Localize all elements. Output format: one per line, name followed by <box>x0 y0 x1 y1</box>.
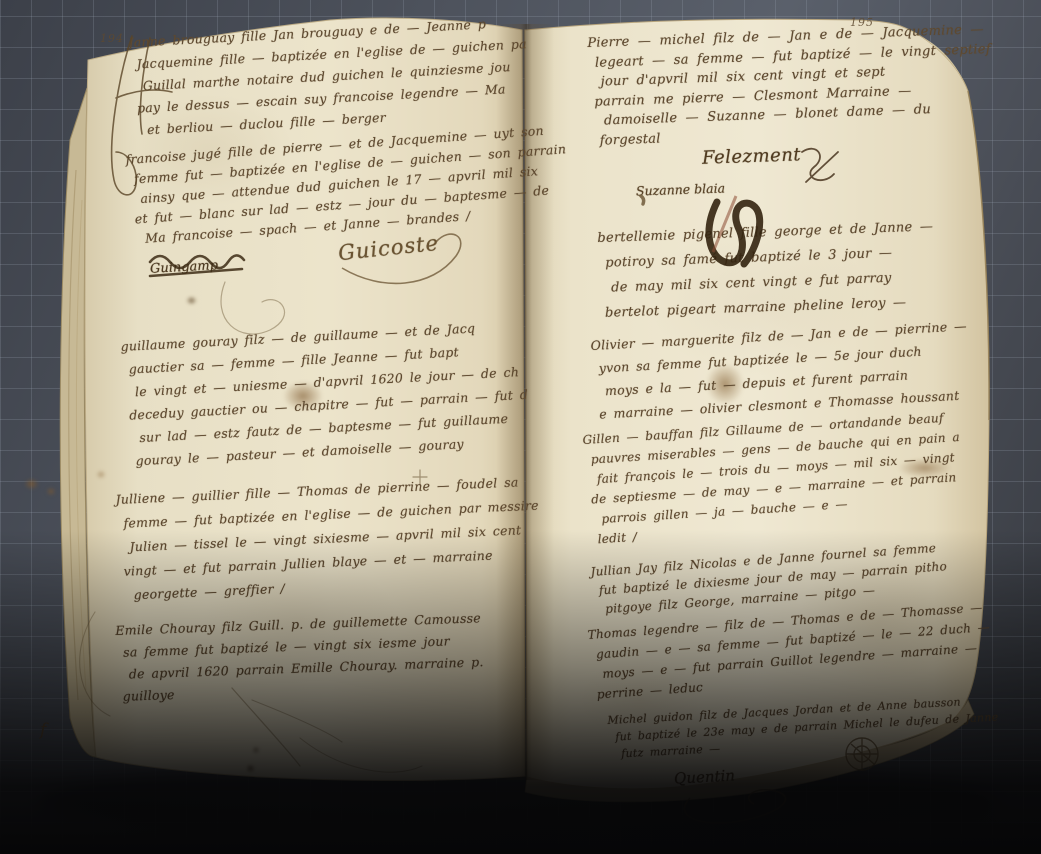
signature-quentin: Quentin <box>674 766 736 787</box>
baptism-entry: bertellemie pigenel fille george et de J… <box>597 212 1000 326</box>
baptism-entry: Janne brouguay fille Jan brouguay e de —… <box>128 12 513 142</box>
baptism-entry: Emile Chouray filz Guill. p. de guilleme… <box>115 606 508 708</box>
baptism-entry: Julliene — guillier fille — Thomas de pi… <box>115 471 515 608</box>
baptism-entry: Gillen — bauffan filz Gillaume de — orta… <box>582 404 1009 549</box>
margin-pen-mark: f <box>40 720 46 740</box>
signature-suzanne-blaia: Suzanne blaia <box>636 180 726 198</box>
photographed-manuscript-scene: 194 Janne brouguay fille Jan brouguay e … <box>0 0 1041 854</box>
signature-felezment: Felezment <box>702 144 802 168</box>
baptism-entry: Pierre — michel filz de — Jan e de — Jac… <box>587 20 991 151</box>
baptism-entry: guillaume gouray filz — de guillaume — e… <box>120 315 517 473</box>
folio-number-left: 194 <box>100 32 124 45</box>
